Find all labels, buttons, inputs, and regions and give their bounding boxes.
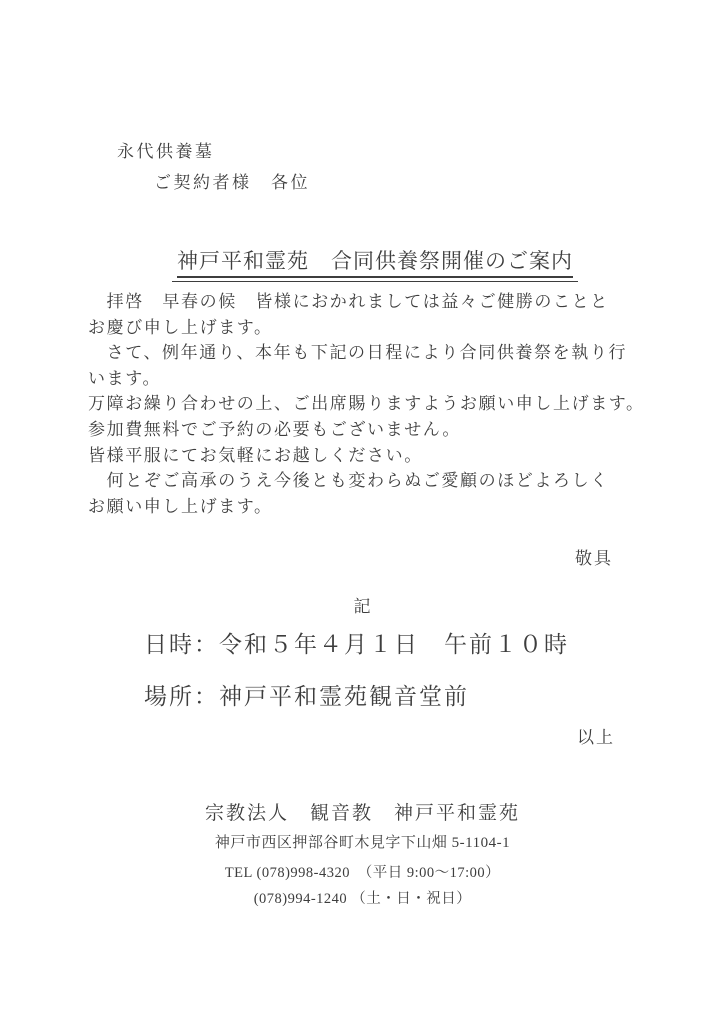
body-line: 参加費無料でご予約の必要もございません。 [88,417,663,443]
body-line: お慶び申し上げます。 [88,315,663,341]
body-line: お願い申し上げます。 [88,494,663,520]
event-location: 場所：神戸平和霊苑観音堂前 [144,678,469,711]
footer-block: 宗教法人 観音教 神戸平和霊苑 神戸市西区押部谷町木見字下山畑 5-1104-1… [0,798,725,908]
body-line: 万障お繰り合わせの上、ご出席賜りますようお願い申し上げます。 [88,391,663,417]
organization-address: 神戸市西区押部谷町木見字下山畑 5-1104-1 [0,831,725,852]
body-line: 何とぞご高承のうえ今後とも変わらぬご愛顧のほどよろしく [88,468,663,494]
record-marker: 記 [0,592,725,617]
body-line: 拝啓 早春の候 皆様におかれましては益々ご健勝のことと [88,289,663,315]
phone-holiday: (078)994-1240 （土・日・祝日） [0,887,725,908]
organization-name: 宗教法人 観音教 神戸平和霊苑 [0,798,725,825]
body-line: さて、例年通り、本年も下記の日程により合同供養祭を執り行 [88,340,663,366]
addressee-category: 永代供養墓 [117,137,215,162]
document-page: 永代供養墓 ご契約者様 各位 神戸平和霊苑 合同供養祭開催のご案内 拝啓 早春の… [0,0,725,1024]
body-line: 皆様平服にてお気軽にお越しください。 [88,443,663,469]
phone-weekday: TEL (078)998-4320 （平日 9:00～17:00） [0,861,725,882]
body-line: います。 [88,366,663,392]
end-marker: 以上 [577,723,615,748]
title-text: 神戸平和霊苑 合同供養祭開催のご案内 [177,245,573,278]
closing-salutation: 敬具 [575,544,613,569]
title-underline: 神戸平和霊苑 合同供養祭開催のご案内 [172,245,578,282]
addressee-recipients: ご契約者様 各位 [154,168,310,193]
body-paragraph: 拝啓 早春の候 皆様におかれましては益々ご健勝のこととお慶び申し上げます。 さて… [88,289,663,519]
event-datetime: 日時：令和５年４月１日 午前１０時 [144,626,569,659]
